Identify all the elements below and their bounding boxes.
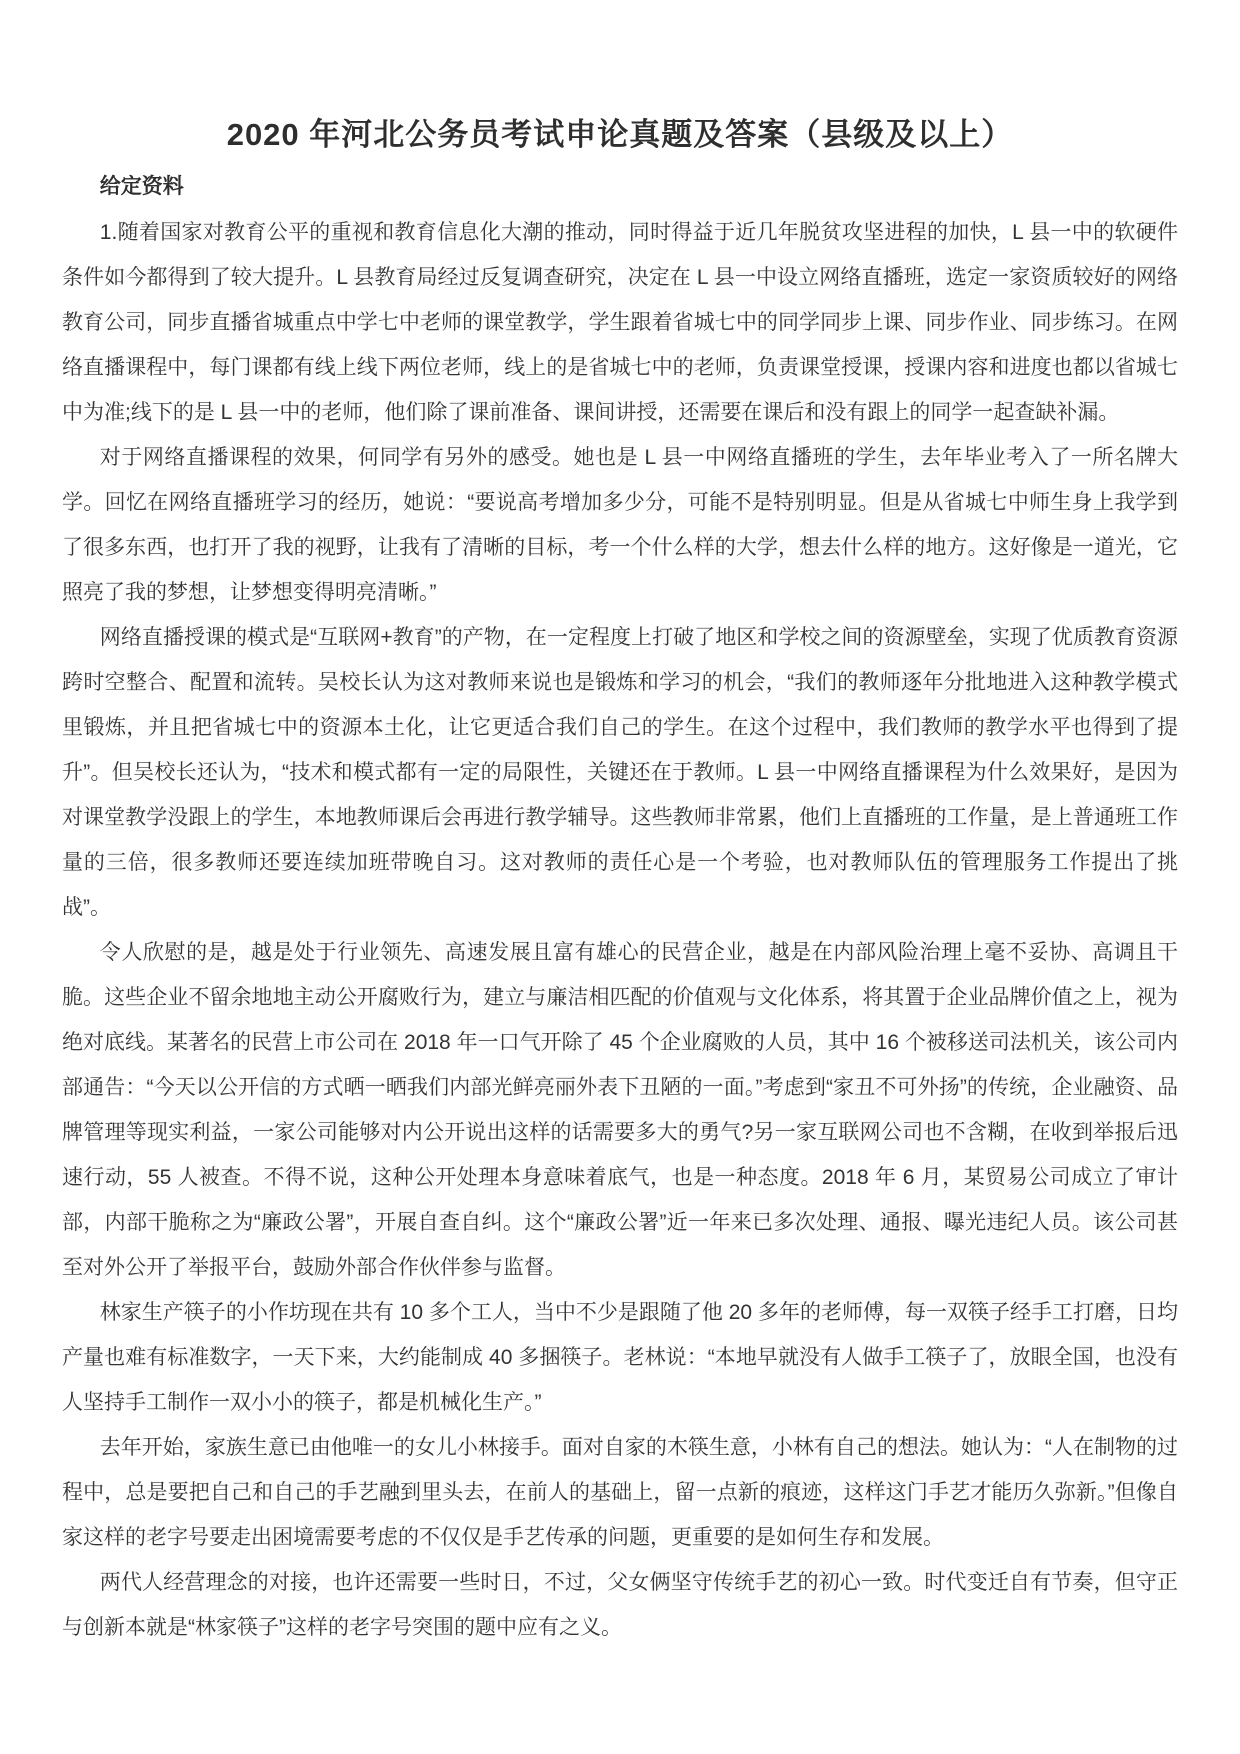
paragraph-2: 对于网络直播课程的效果，何同学有另外的感受。她也是 L 县一中网络直播班的学生，… bbox=[62, 435, 1178, 615]
paragraph-4: 令人欣慰的是，越是处于行业领先、高速发展且富有雄心的民营企业，越是在内部风险治理… bbox=[62, 930, 1178, 1290]
paragraph-7: 两代人经营理念的对接，也许还需要一些时日，不过，父女俩坚守传统手艺的初心一致。时… bbox=[62, 1560, 1178, 1650]
paragraph-6: 去年开始，家族生意已由他唯一的女儿小林接手。面对自家的木筷生意，小林有自己的想法… bbox=[62, 1425, 1178, 1560]
paragraph-5: 林家生产筷子的小作坊现在共有 10 多个工人，当中不少是跟随了他 20 多年的老… bbox=[62, 1290, 1178, 1425]
document-body: 1.随着国家对教育公平的重视和教育信息化大潮的推动，同时得益于近几年脱贫攻坚进程… bbox=[62, 210, 1178, 1650]
paragraph-3: 网络直播授课的模式是“互联网+教育”的产物，在一定程度上打破了地区和学校之间的资… bbox=[62, 615, 1178, 930]
section-heading: 给定资料 bbox=[62, 170, 1178, 204]
document-page: 2020 年河北公务员考试申论真题及答案（县级及以上） 给定资料 1.随着国家对… bbox=[0, 0, 1240, 1754]
paragraph-1: 1.随着国家对教育公平的重视和教育信息化大潮的推动，同时得益于近几年脱贫攻坚进程… bbox=[62, 210, 1178, 435]
page-title: 2020 年河北公务员考试申论真题及答案（县级及以上） bbox=[62, 112, 1178, 158]
